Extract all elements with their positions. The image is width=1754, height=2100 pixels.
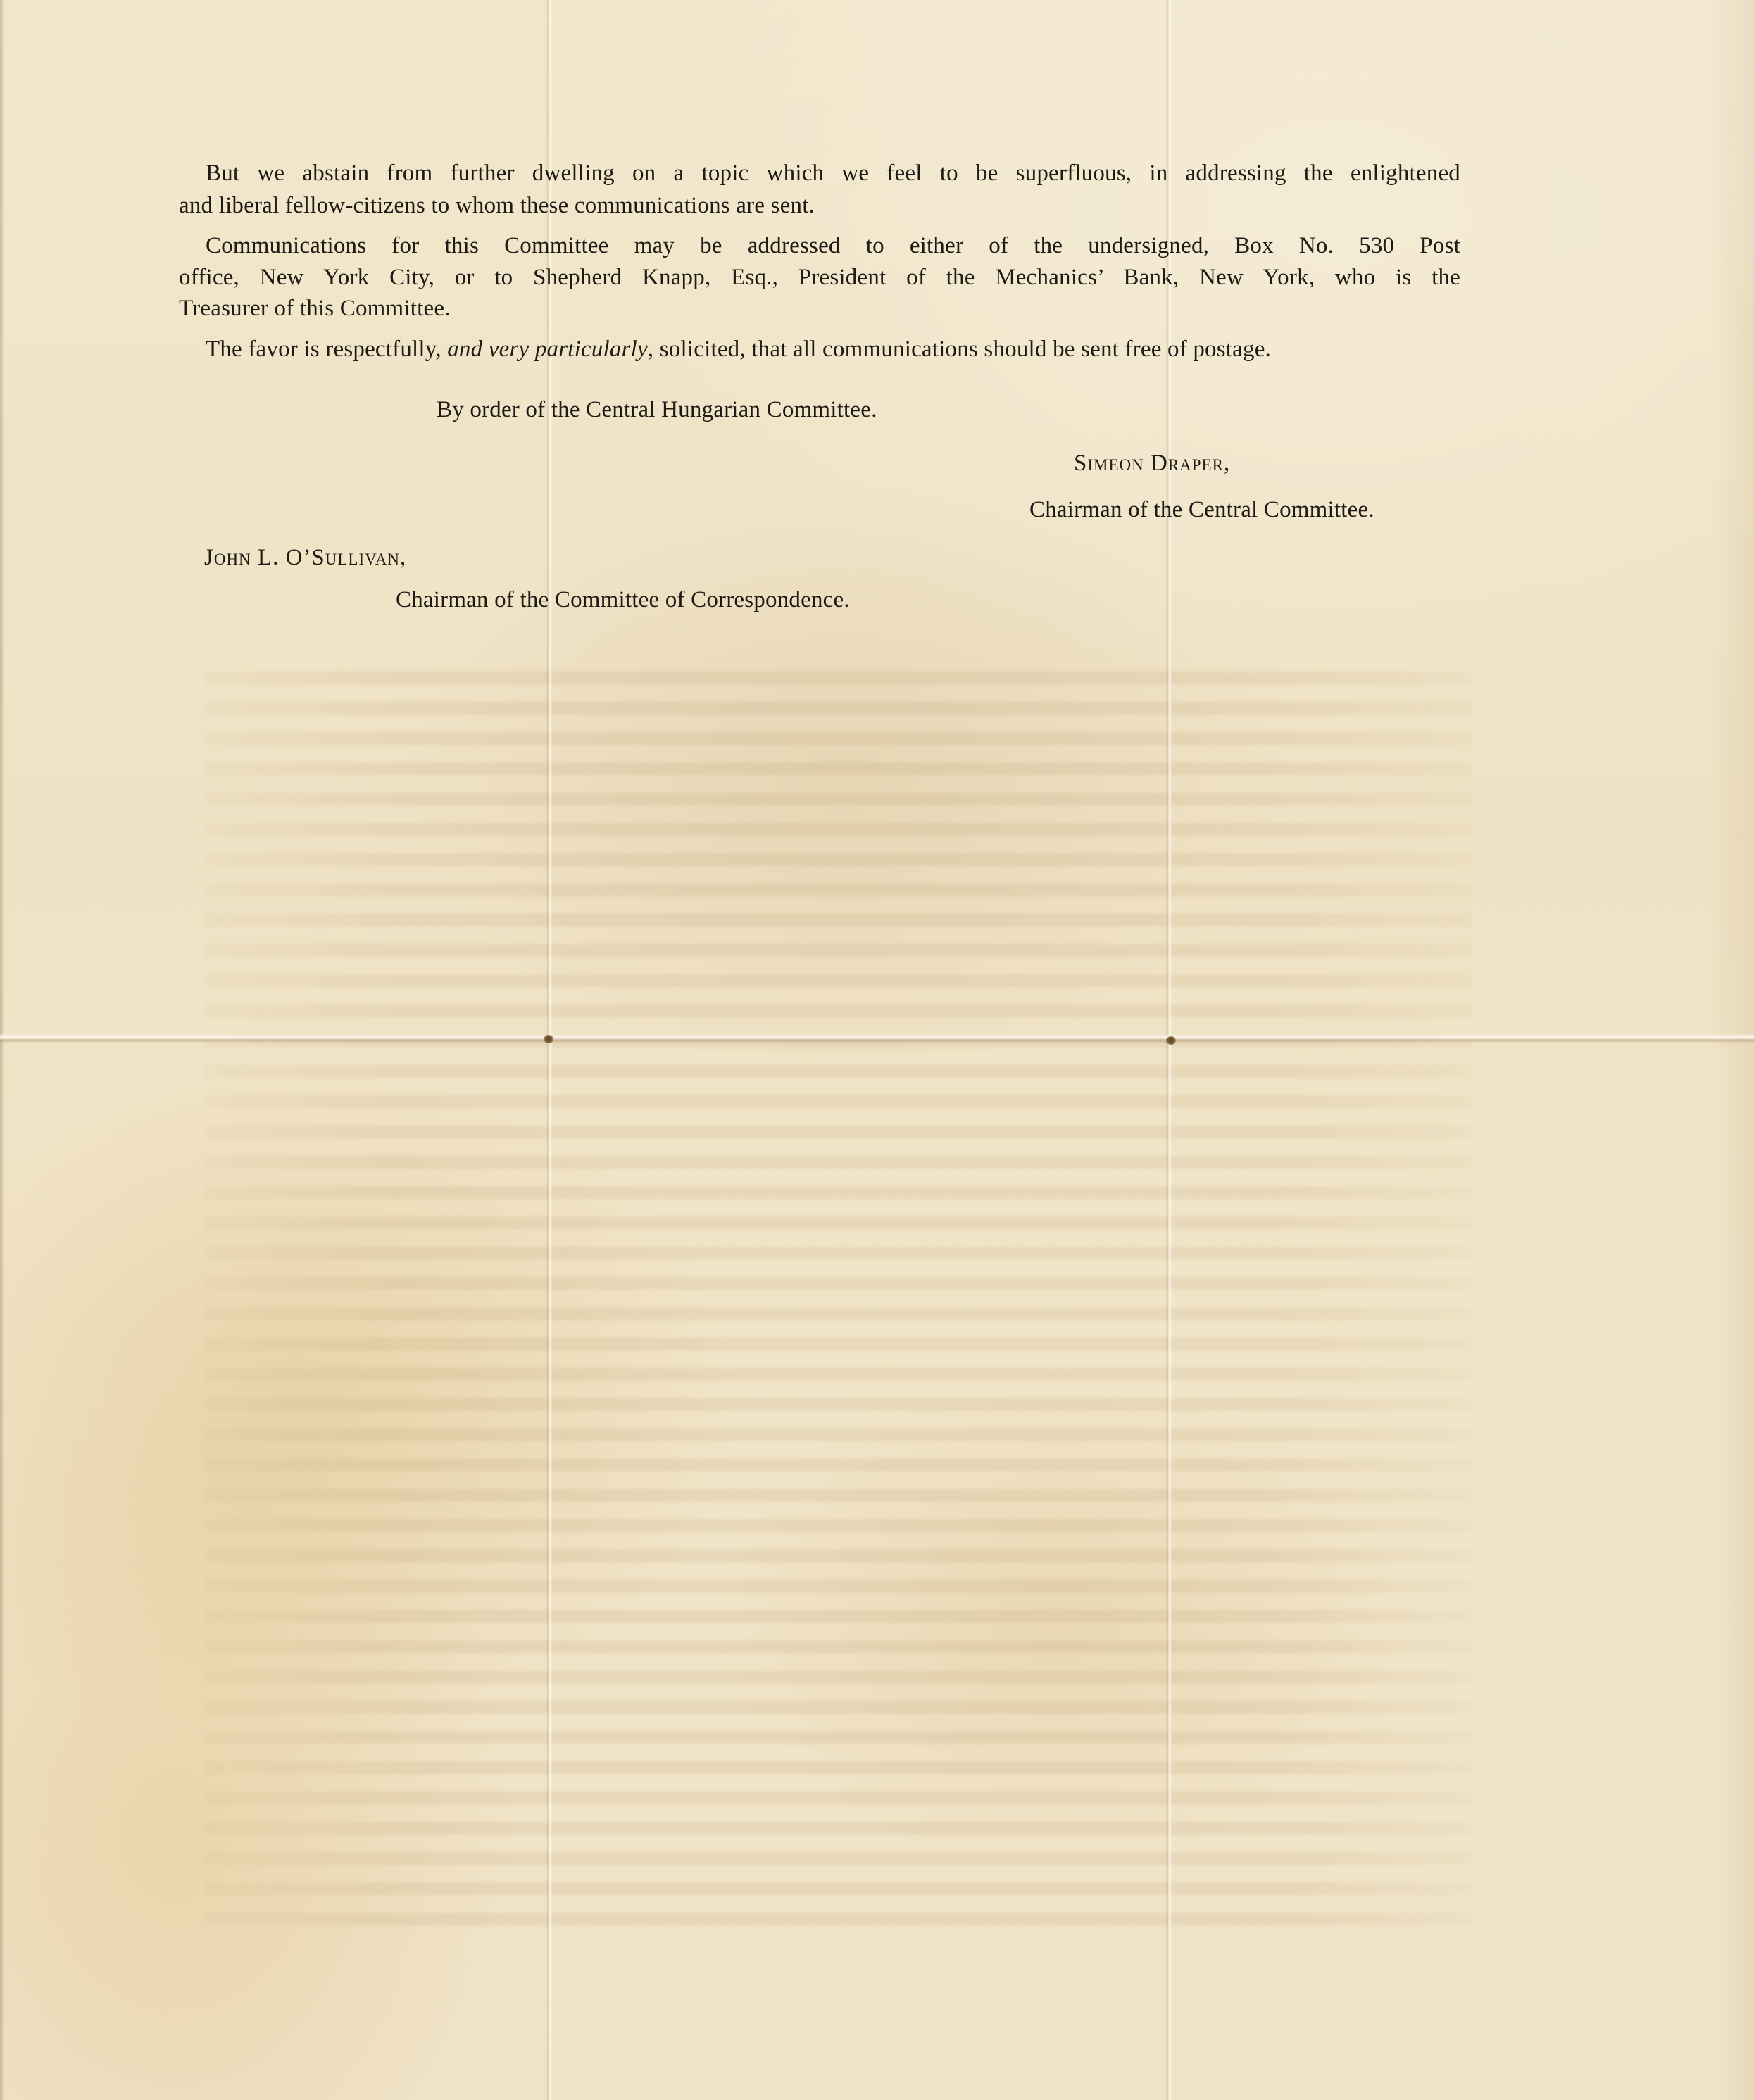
signatory-2-name: John L. O’Sullivan,	[204, 542, 406, 573]
horizontal-fold	[0, 1033, 1754, 1043]
signatory-1-name: Simeon Draper,	[1074, 448, 1230, 479]
paragraph-3: The favor is respectfully, and very part…	[206, 334, 1271, 365]
fold-wear-mark	[1166, 1036, 1176, 1045]
paper-edge-shadow	[1712, 0, 1754, 2100]
bleed-through-text	[204, 662, 1472, 1929]
paragraph-2-line-1: Communications for this Committee may be…	[206, 230, 1460, 261]
paragraph-3-text: The favor is respectfully,	[206, 337, 447, 362]
vertical-fold-right	[1165, 0, 1172, 2100]
paragraph-2-line-2: office, New York City, or to Shepherd Kn…	[179, 262, 1460, 293]
paper-edge	[0, 0, 4, 2100]
signatory-2-title: Chairman of the Committee of Corresponde…	[396, 584, 850, 615]
paragraph-3-text-end: , solicited, that all communications sho…	[648, 337, 1271, 362]
vertical-fold-left	[546, 0, 553, 2100]
paragraph-1-line-1: But we abstain from further dwelling on …	[206, 158, 1460, 189]
paragraph-1-line-2: and liberal fellow-citizens to whom thes…	[179, 190, 815, 221]
paragraph-3-emphasis: and very particularly	[447, 337, 648, 362]
fold-wear-mark	[544, 1035, 553, 1043]
paragraph-2-line-3: Treasurer of this Committee.	[179, 293, 451, 324]
signatory-1-title: Chairman of the Central Committee.	[1029, 494, 1374, 525]
by-order-line: By order of the Central Hungarian Commit…	[437, 394, 877, 425]
